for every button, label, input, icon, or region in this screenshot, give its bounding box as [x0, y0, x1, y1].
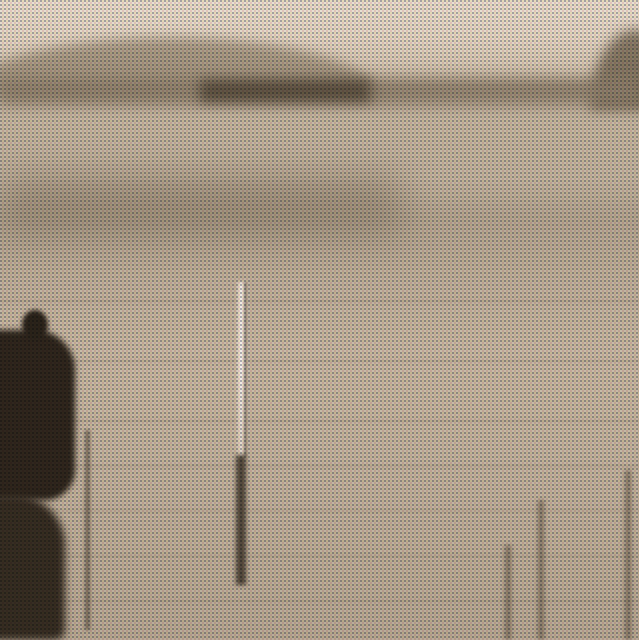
water-ripple [0, 465, 639, 467]
mooring-line [85, 430, 90, 630]
figure-head [22, 310, 48, 340]
mooring-post [538, 500, 544, 640]
pole-reflection [236, 455, 246, 585]
boat-reflection [0, 495, 65, 640]
shoreline-trees [200, 80, 370, 102]
pole-shadow [244, 282, 247, 457]
mooring-post [625, 470, 631, 640]
water-ripple [0, 420, 639, 422]
water-shadow [0, 175, 400, 235]
water-ripple [0, 300, 639, 302]
mooring-post [505, 545, 511, 640]
boat-hull [0, 330, 75, 500]
lake-photograph [0, 0, 639, 640]
water-ripple [0, 360, 639, 362]
